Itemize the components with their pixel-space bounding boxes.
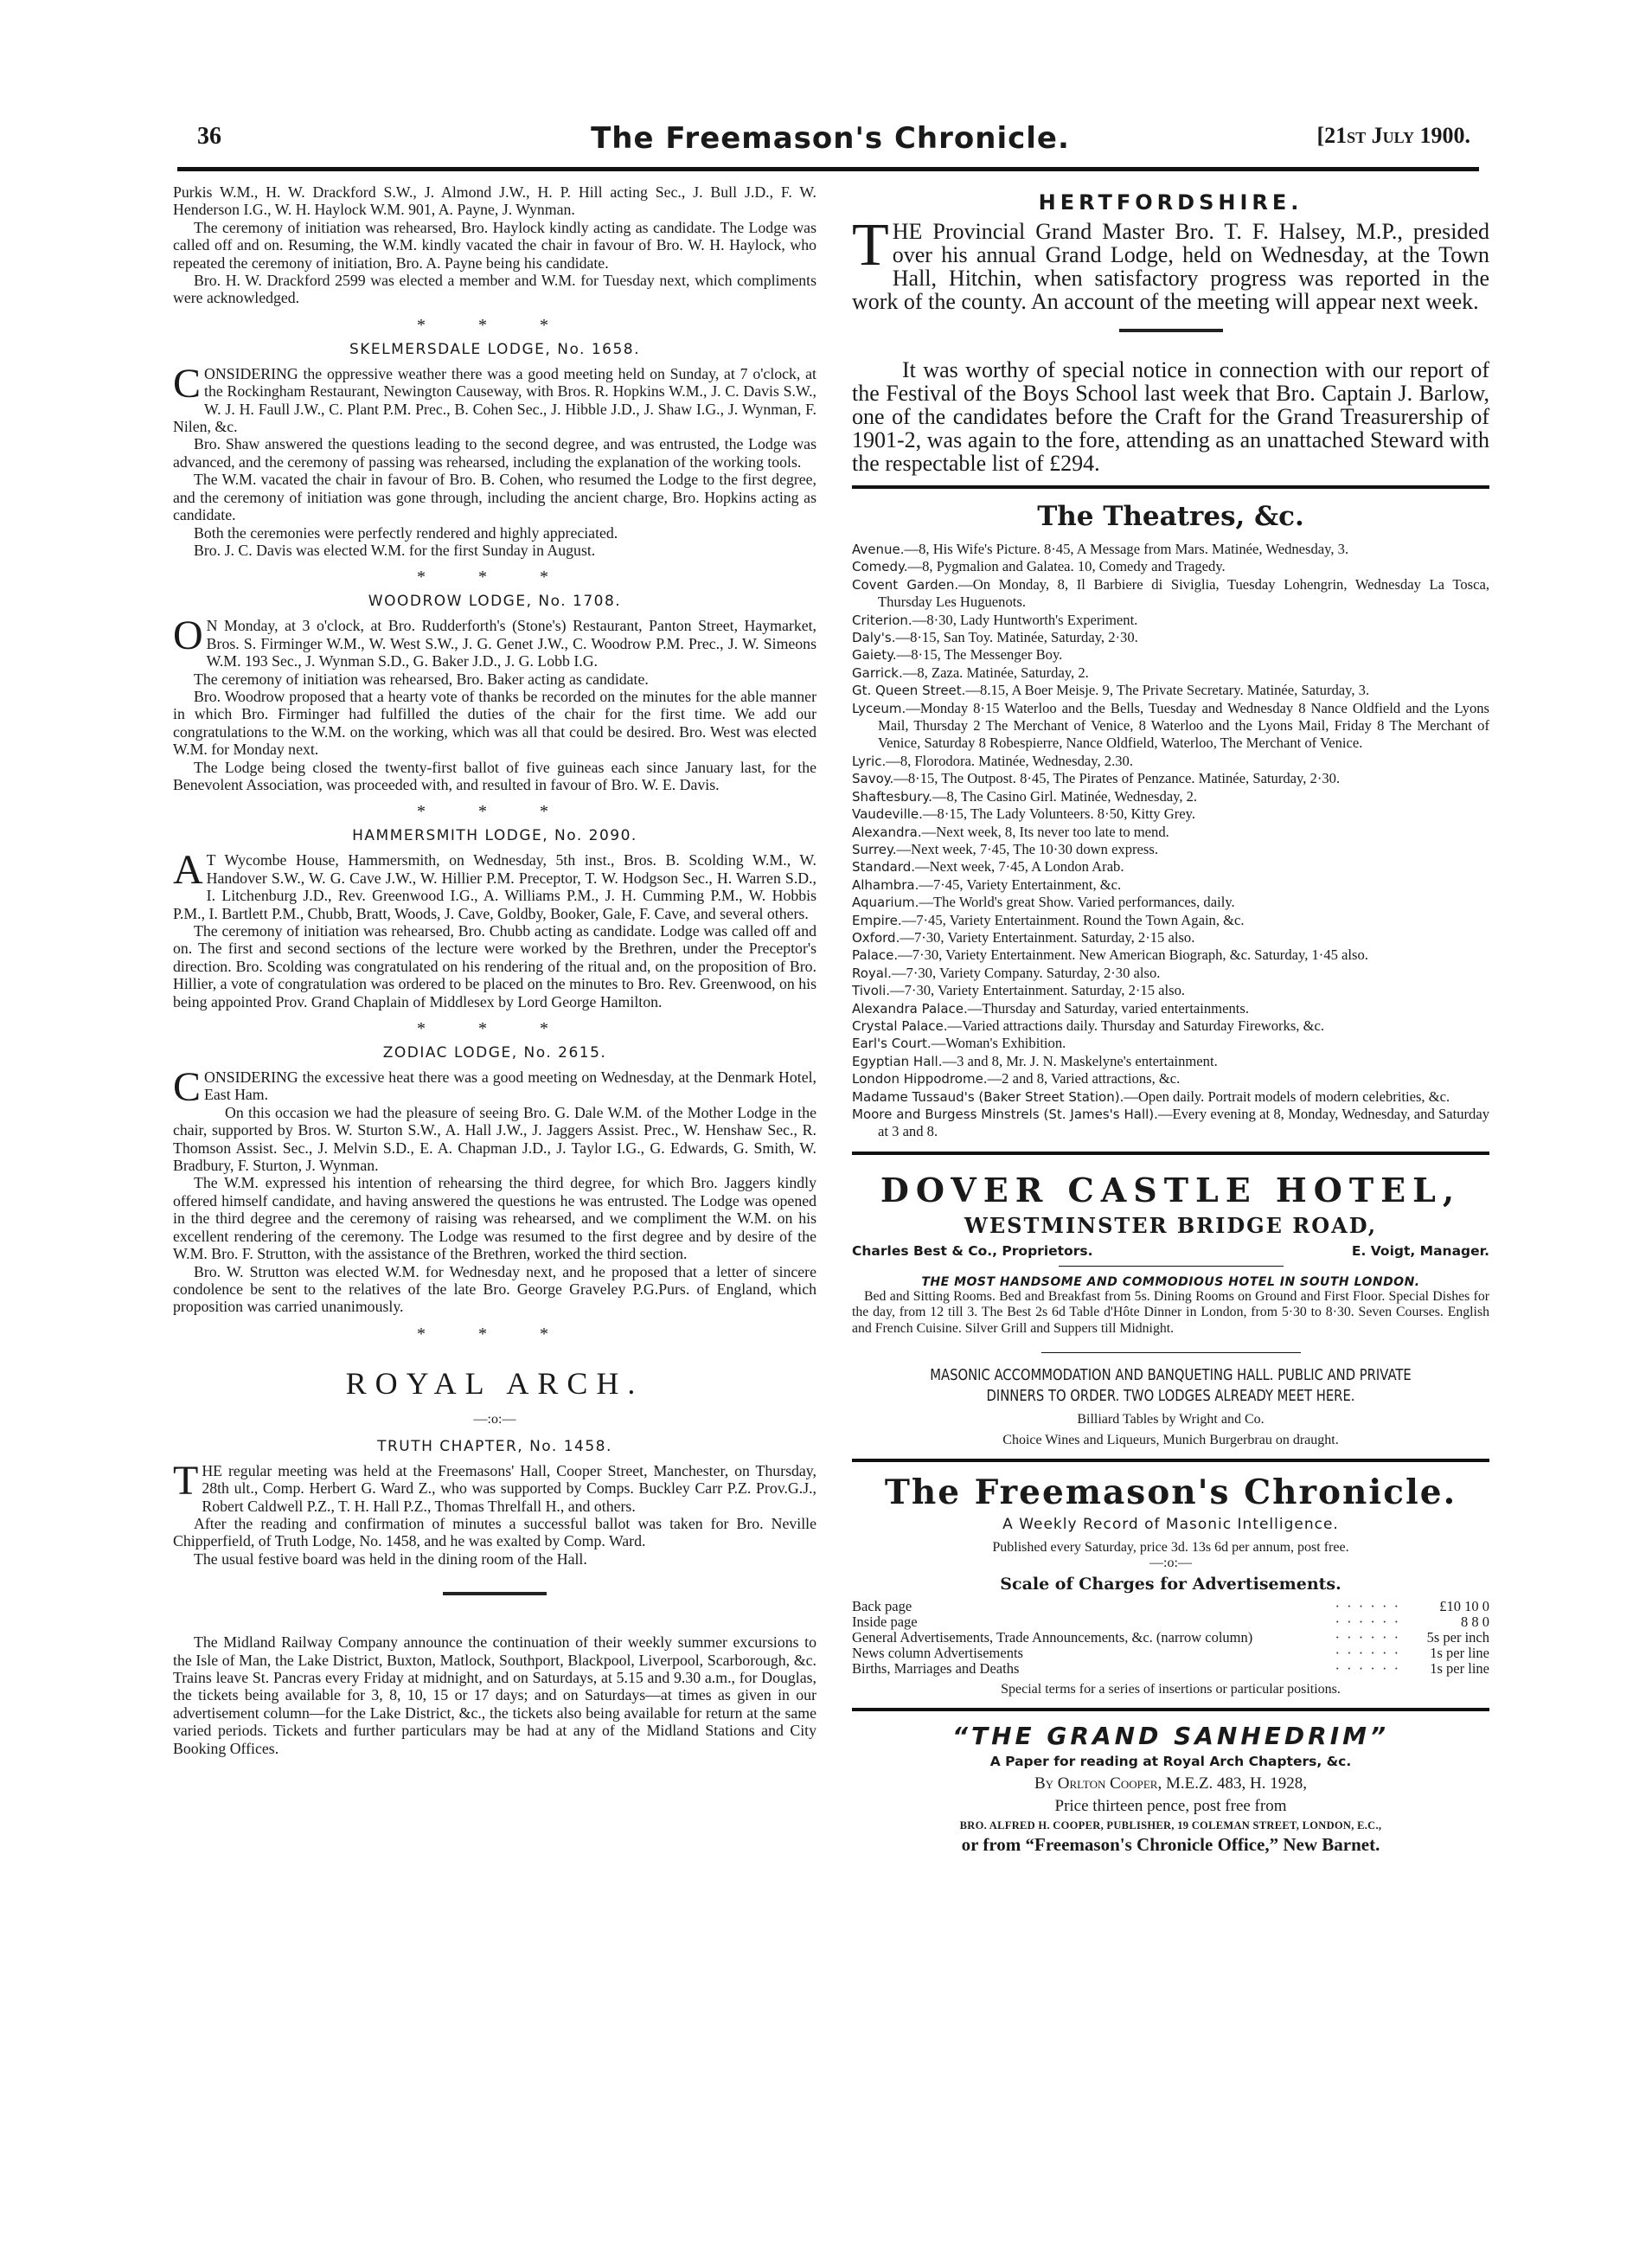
rate-row: Inside page· · · · · ·8 8 0 xyxy=(852,1614,1489,1630)
theatre-listing: Shaftesbury.—8, The Casino Girl. Matinée… xyxy=(852,788,1489,805)
hertfordshire-para: HE Provincial Grand Master Bro. T. F. Ha… xyxy=(852,219,1489,314)
hammersmith-para-2: The ceremony of initiation was rehearsed… xyxy=(173,922,816,1011)
ornament-separator: —:o:— xyxy=(173,1412,816,1428)
theatre-name: Alexandra Palace. xyxy=(852,1001,968,1017)
theatre-programme: —8, His Wife's Picture. 8·45, A Message … xyxy=(905,541,1349,557)
theatre-name: Egyptian Hall. xyxy=(852,1054,943,1069)
drop-cap: C xyxy=(173,367,201,401)
theatre-name: Empire. xyxy=(852,913,902,928)
theatre-programme: —8, Pygmalion and Galatea. 10, Comedy an… xyxy=(908,558,1226,574)
theatre-name: Surrey. xyxy=(852,842,897,857)
theatre-name: Lyric. xyxy=(852,754,886,769)
theatre-name: Aquarium. xyxy=(852,895,919,910)
theatre-programme: —On Monday, 8, Il Barbiere di Siviglia, … xyxy=(878,576,1489,610)
theatre-listing: Lyceum.—Monday 8·15 Waterloo and the Bel… xyxy=(852,700,1489,753)
hertfordshire-heading: HERTFORDSHIRE. xyxy=(852,190,1489,215)
theatre-listing: Egyptian Hall.—3 and 8, Mr. J. N. Maskel… xyxy=(852,1053,1489,1070)
leader-dots: · · · · · · xyxy=(1335,1630,1414,1646)
skelmersdale-para-5: Bro. J. C. Davis was elected W.M. for th… xyxy=(173,542,816,559)
chronicle-published: Published every Saturday, price 3d. 13s … xyxy=(852,1540,1489,1556)
sanhedrim-office: or from “Freemason's Chronicle Office,” … xyxy=(852,1834,1489,1856)
leader-dots: · · · · · · xyxy=(1335,1599,1414,1614)
theatre-listing: Madame Tussaud's (Baker Street Station).… xyxy=(852,1088,1489,1106)
theatre-listing: Moore and Burgess Minstrels (St. James's… xyxy=(852,1106,1489,1141)
rate-item: General Advertisements, Trade Announceme… xyxy=(852,1630,1335,1646)
sanhedrim-author: By Orlton Cooper, M.E.Z. 483, H. 1928, xyxy=(852,1774,1489,1793)
truth-para-3: The usual festive board was held in the … xyxy=(173,1550,816,1568)
truth-chapter-heading: TRUTH CHAPTER, No. 1458. xyxy=(173,1438,816,1455)
theatre-programme: —8·15, The Lady Volunteers. 8·50, Kitty … xyxy=(923,805,1195,822)
special-terms: Special terms for a series of insertions… xyxy=(852,1682,1489,1697)
hammersmith-para-1: T Wycombe House, Hammersmith, on Wednesd… xyxy=(173,851,816,921)
theatre-listing: Aquarium.—The World's great Show. Varied… xyxy=(852,894,1489,911)
rate-item: News column Advertisements xyxy=(852,1646,1335,1661)
theatre-listing: Gaiety.—8·15, The Messenger Boy. xyxy=(852,646,1489,664)
leader-dots: · · · · · · xyxy=(1335,1614,1414,1630)
theatre-name: Madame Tussaud's (Baker Street Station). xyxy=(852,1089,1124,1105)
left-column: Purkis W.M., H. W. Drackford S.W., J. Al… xyxy=(173,183,816,1757)
sanhedrim-title: “THE GRAND SANHEDRIM” xyxy=(852,1722,1489,1750)
theatre-name: Covent Garden. xyxy=(852,577,958,593)
theatre-listing: Standard.—Next week, 7·45, A London Arab… xyxy=(852,858,1489,876)
theatre-programme: —8·15, The Outpost. 8·45, The Pirates of… xyxy=(893,770,1340,786)
scale-heading: Scale of Charges for Advertisements. xyxy=(852,1575,1489,1594)
rate-amount: £10 10 0 xyxy=(1414,1599,1489,1614)
theatre-name: Gaiety. xyxy=(852,647,897,663)
zodiac-para-2: On this occasion we had the pleasure of … xyxy=(173,1104,816,1175)
sanhedrim-subtitle: A Paper for reading at Royal Arch Chapte… xyxy=(852,1754,1489,1769)
theatre-name: Crystal Palace. xyxy=(852,1018,948,1034)
skelmersdale-para-2: Bro. Shaw answered the questions leading… xyxy=(173,435,816,471)
theatre-listing: Comedy.—8, Pygmalion and Galatea. 10, Co… xyxy=(852,558,1489,575)
theatre-programme: —7·30, Variety Entertainment. Saturday, … xyxy=(890,982,1185,998)
theatre-listing: Avenue.—8, His Wife's Picture. 8·45, A M… xyxy=(852,541,1489,558)
newspaper-title: The Freemason's Chronicle. xyxy=(173,121,1488,156)
intro-para-3: Bro. H. W. Drackford 2599 was elected a … xyxy=(173,272,816,307)
rate-row: News column Advertisements· · · · · ·1s … xyxy=(852,1646,1489,1661)
leader-dots: · · · · · · xyxy=(1335,1661,1414,1677)
rate-amount: 1s per line xyxy=(1414,1646,1489,1661)
theatre-listing: Savoy.—8·15, The Outpost. 8·45, The Pira… xyxy=(852,770,1489,787)
skelmersdale-para-4: Both the ceremonies were perfectly rende… xyxy=(173,524,816,542)
section-divider: * * * xyxy=(173,316,816,336)
woodrow-para-2: The ceremony of initiation was rehearsed… xyxy=(173,670,816,688)
chronicle-ad-subtitle: A Weekly Record of Masonic Intelligence. xyxy=(852,1516,1489,1533)
issue-date: [21st July 1900. xyxy=(1316,123,1470,149)
drop-cap: T xyxy=(852,221,889,270)
theatre-listing: Gt. Queen Street.—8.15, A Boer Meisje. 9… xyxy=(852,682,1489,699)
skelmersdale-heading: SKELMERSDALE LODGE, No. 1658. xyxy=(173,341,816,358)
theatre-listing: Crystal Palace.—Varied attractions daily… xyxy=(852,1017,1489,1035)
section-divider: * * * xyxy=(173,802,816,822)
skelmersdale-para-3: The W.M. vacated the chair in favour of … xyxy=(173,471,816,523)
theatre-programme: —7·30, Variety Entertainment. New Americ… xyxy=(898,946,1368,963)
theatre-name: Garrick. xyxy=(852,665,903,681)
section-rule xyxy=(852,1708,1489,1711)
rate-amount: 1s per line xyxy=(1414,1661,1489,1677)
truth-para-2: After the reading and confirmation of mi… xyxy=(173,1515,816,1550)
hotel-tagline: THE MOST HANDSOME AND COMMODIOUS HOTEL I… xyxy=(852,1275,1489,1289)
theatre-programme: —Next week, 8, Its never too late to men… xyxy=(922,824,1169,840)
theatre-listing: Vaudeville.—8·15, The Lady Volunteers. 8… xyxy=(852,805,1489,823)
zodiac-para-1: ONSIDERING the excessive heat there was … xyxy=(204,1068,816,1103)
rate-row: Back page· · · · · ·£10 10 0 xyxy=(852,1599,1489,1614)
drop-cap: A xyxy=(173,853,203,888)
theatre-programme: —Next week, 7·45, A London Arab. xyxy=(915,858,1124,875)
theatre-programme: —7·30, Variety Company. Saturday, 2·30 a… xyxy=(892,965,1160,981)
short-rule xyxy=(443,1592,547,1595)
theatre-listing: Alexandra.—Next week, 8, Its never too l… xyxy=(852,824,1489,841)
rate-amount: 8 8 0 xyxy=(1414,1614,1489,1630)
midland-railway-notice: The Midland Railway Company announce the… xyxy=(173,1633,816,1757)
theatres-heading: The Theatres, &c. xyxy=(852,501,1489,532)
theatre-programme: —Thursday and Saturday, varied entertain… xyxy=(968,1000,1249,1017)
theatre-programme: —Next week, 7·45, The 10·30 down express… xyxy=(897,841,1158,857)
zodiac-para-3: The W.M. expressed his intention of rehe… xyxy=(173,1174,816,1262)
section-rule xyxy=(852,1459,1489,1462)
ornament-separator: —:o:— xyxy=(852,1556,1489,1571)
zodiac-heading: ZODIAC LODGE, No. 2615. xyxy=(173,1044,816,1062)
theatre-list: Avenue.—8, His Wife's Picture. 8·45, A M… xyxy=(852,541,1489,1141)
short-rule xyxy=(1119,329,1223,332)
theatre-programme: —8·15, The Messenger Boy. xyxy=(897,646,1063,663)
thin-rule xyxy=(1059,1266,1284,1267)
theatre-programme: —2 and 8, Varied attractions, &c. xyxy=(988,1070,1181,1087)
woodrow-heading: WOODROW LODGE, No. 1708. xyxy=(173,593,816,610)
masthead: 36 The Freemason's Chronicle. [21st July… xyxy=(173,121,1488,156)
rate-item: Back page xyxy=(852,1599,1335,1614)
rate-row: Births, Marriages and Deaths· · · · · ·1… xyxy=(852,1661,1489,1677)
hotel-proprietors: Charles Best & Co., Proprietors. xyxy=(852,1243,1092,1259)
wines-line: Choice Wines and Liqueurs, Munich Burger… xyxy=(852,1433,1489,1448)
intro-para-2: The ceremony of initiation was rehearsed… xyxy=(173,219,816,272)
theatre-name: Standard. xyxy=(852,859,915,875)
theatre-listing: Earl's Court.—Woman's Exhibition. xyxy=(852,1035,1489,1052)
theatre-name: Vaudeville. xyxy=(852,806,923,822)
rate-amount: 5s per inch xyxy=(1414,1630,1489,1646)
right-column: HERTFORDSHIRE. THE Provincial Grand Mast… xyxy=(852,183,1489,1856)
theatre-listing: Tivoli.—7·30, Variety Entertainment. Sat… xyxy=(852,982,1489,999)
theatre-listing: Surrey.—Next week, 7·45, The 10·30 down … xyxy=(852,841,1489,858)
drop-cap: C xyxy=(173,1070,201,1105)
theatre-listing: London Hippodrome.—2 and 8, Varied attra… xyxy=(852,1070,1489,1088)
chronicle-ad-title: The Freemason's Chronicle. xyxy=(852,1472,1489,1512)
theatre-programme: —8.15, A Boer Meisje. 9, The Private Sec… xyxy=(965,682,1369,698)
theatre-name: Alexandra. xyxy=(852,824,922,840)
section-rule xyxy=(852,485,1489,489)
theatre-listing: Oxford.—7·30, Variety Entertainment. Sat… xyxy=(852,929,1489,946)
theatre-listing: Palace.—7·30, Variety Entertainment. New… xyxy=(852,946,1489,964)
hotel-description: Bed and Sitting Rooms. Bed and Breakfast… xyxy=(852,1289,1489,1338)
theatre-name: Savoy. xyxy=(852,771,893,786)
section-divider: * * * xyxy=(173,568,816,587)
theatre-programme: —8·30, Lady Huntworth's Experiment. xyxy=(912,612,1138,628)
theatre-name: Criterion. xyxy=(852,613,912,628)
rate-item: Inside page xyxy=(852,1614,1335,1630)
hotel-name: DOVER CASTLE HOTEL, xyxy=(852,1171,1489,1209)
theatre-programme: —7·45, Variety Entertainment, &c. xyxy=(919,876,1121,893)
zodiac-para-4: Bro. W. Strutton was elected W.M. for We… xyxy=(173,1263,816,1316)
sanhedrim-publisher: BRO. ALFRED H. COOPER, PUBLISHER, 19 COL… xyxy=(852,1819,1489,1832)
royal-arch-heading: ROYAL ARCH. xyxy=(173,1365,816,1402)
theatre-programme: —8, The Casino Girl. Matinée, Wednesday,… xyxy=(932,788,1197,805)
rate-row: General Advertisements, Trade Announceme… xyxy=(852,1630,1489,1646)
rate-item: Births, Marriages and Deaths xyxy=(852,1661,1335,1677)
theatre-name: Earl's Court. xyxy=(852,1036,932,1051)
theatre-name: Gt. Queen Street. xyxy=(852,683,965,698)
theatre-name: Lyceum. xyxy=(852,701,906,716)
theatre-programme: —8, Zaza. Matinée, Saturday, 2. xyxy=(903,664,1089,681)
barlow-notice: It was worthy of special notice in conne… xyxy=(852,358,1489,475)
thin-rule xyxy=(1041,1352,1301,1353)
theatre-name: Shaftesbury. xyxy=(852,789,932,805)
theatre-listing: Garrick.—8, Zaza. Matinée, Saturday, 2. xyxy=(852,664,1489,682)
section-divider: * * * xyxy=(173,1019,816,1039)
woodrow-para-4: The Lodge being closed the twenty-first … xyxy=(173,759,816,794)
theatre-listing: Daly's.—8·15, San Toy. Matinée, Saturday… xyxy=(852,629,1489,646)
advert-rates-table: Back page· · · · · ·£10 10 0Inside page·… xyxy=(852,1599,1489,1677)
theatre-listing: Empire.—7·45, Variety Entertainment. Rou… xyxy=(852,912,1489,929)
theatre-programme: —7·45, Variety Entertainment. Round the … xyxy=(902,912,1245,928)
theatre-name: Avenue. xyxy=(852,542,905,557)
theatre-programme: —3 and 8, Mr. J. N. Maskelyne's entertai… xyxy=(943,1053,1218,1069)
theatre-programme: —The World's great Show. Varied performa… xyxy=(919,894,1234,910)
theatre-name: London Hippodrome. xyxy=(852,1071,988,1087)
theatre-programme: —8·15, San Toy. Matinée, Saturday, 2·30. xyxy=(896,629,1138,645)
section-divider: * * * xyxy=(173,1325,816,1344)
masonic-line-1: MASONIC ACCOMMODATION AND BANQUETING HAL… xyxy=(909,1365,1431,1386)
theatre-name: Alhambra. xyxy=(852,877,919,893)
theatre-listing: Alexandra Palace.—Thursday and Saturday,… xyxy=(852,1000,1489,1017)
theatre-name: Tivoli. xyxy=(852,983,890,998)
theatre-programme: —Open daily. Portrait models of modern c… xyxy=(1124,1088,1450,1105)
masonic-line-2: DINNERS TO ORDER. TWO LODGES ALREADY MEE… xyxy=(909,1386,1431,1407)
skelmersdale-para-1: ONSIDERING the oppressive weather there … xyxy=(173,365,816,435)
section-rule xyxy=(852,1152,1489,1155)
masthead-rule xyxy=(177,167,1479,171)
leader-dots: · · · · · · xyxy=(1335,1646,1414,1661)
theatre-programme: —Woman's Exhibition. xyxy=(932,1035,1066,1051)
woodrow-para-3: Bro. Woodrow proposed that a hearty vote… xyxy=(173,688,816,759)
theatre-name: Daly's. xyxy=(852,630,896,645)
theatre-programme: —Monday 8·15 Waterloo and the Bells, Tue… xyxy=(878,700,1489,752)
hotel-manager: E. Voigt, Manager. xyxy=(1352,1243,1489,1259)
theatre-name: Palace. xyxy=(852,947,898,963)
truth-para-1: HE regular meeting was held at the Freem… xyxy=(202,1462,816,1515)
sanhedrim-price: Price thirteen pence, post free from xyxy=(852,1797,1489,1816)
theatre-programme: —8, Florodora. Matinée, Wednesday, 2.30. xyxy=(886,753,1133,769)
theatre-name: Comedy. xyxy=(852,559,908,574)
theatre-listing: Alhambra.—7·45, Variety Entertainment, &… xyxy=(852,876,1489,894)
intro-para-1: Purkis W.M., H. W. Drackford S.W., J. Al… xyxy=(173,183,816,219)
theatre-listing: Criterion.—8·30, Lady Huntworth's Experi… xyxy=(852,612,1489,629)
theatre-name: Oxford. xyxy=(852,930,900,946)
woodrow-para-1: N Monday, at 3 o'clock, at Bro. Rudderfo… xyxy=(207,617,816,670)
theatre-listing: Lyric.—8, Florodora. Matinée, Wednesday,… xyxy=(852,753,1489,770)
theatre-programme: —7·30, Variety Entertainment. Saturday, … xyxy=(900,929,1194,946)
billiard-line: Billiard Tables by Wright and Co. xyxy=(852,1412,1489,1428)
drop-cap: T xyxy=(173,1464,198,1498)
theatre-name: Royal. xyxy=(852,966,892,981)
theatre-listing: Royal.—7·30, Variety Company. Saturday, … xyxy=(852,965,1489,982)
theatre-name: Moore and Burgess Minstrels (St. James's… xyxy=(852,1107,1158,1122)
theatre-listing: Covent Garden.—On Monday, 8, Il Barbiere… xyxy=(852,576,1489,612)
hammersmith-heading: HAMMERSMITH LODGE, No. 2090. xyxy=(173,827,816,844)
drop-cap: O xyxy=(173,619,203,653)
theatre-programme: —Varied attractions daily. Thursday and … xyxy=(948,1017,1324,1034)
hotel-road: WESTMINSTER BRIDGE ROAD, xyxy=(852,1213,1489,1238)
